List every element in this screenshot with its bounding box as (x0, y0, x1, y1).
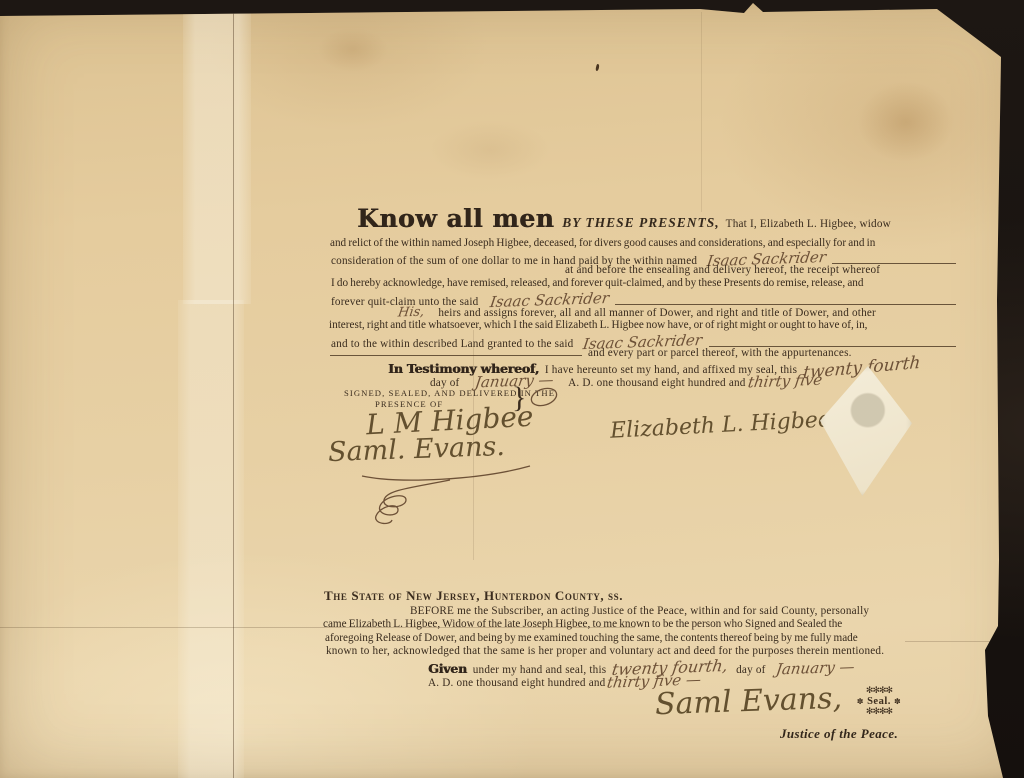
deed-line-5: I do hereby acknowledge, have remised, r… (331, 277, 864, 290)
ack-heading: The State of New Jersey, Hunterdon Count… (324, 589, 623, 602)
blank-rule (330, 355, 582, 356)
ack-line-1: BEFORE me the Subscriber, an acting Just… (410, 605, 869, 618)
fold-line-horizontal-right (905, 641, 1000, 642)
justice-title: Justice of the Peace. (780, 726, 898, 742)
fold-line-vertical-main (233, 12, 234, 778)
fleuron-row-icon: ✻✻✻✻ (836, 686, 922, 696)
ink-mark (595, 64, 600, 72)
ack-line-3: aforegoing Release of Dower, and being b… (325, 632, 858, 645)
deed-document: Know all men BY THESE PRESENTS, That I, … (0, 0, 1024, 778)
year-handwritten: thirty five (746, 371, 823, 392)
pen-flourish-oval (528, 386, 562, 410)
fleuron-row-icon: ✻✻✻✻ (836, 707, 922, 717)
paper-stain (858, 82, 954, 162)
given-month-handwritten: January — (774, 658, 855, 679)
deed-line-4: at and before the ensealing and delivery… (565, 264, 880, 277)
tape-strip-lower (178, 300, 244, 778)
photo-backdrop: Know all men BY THESE PRESENTS, That I, … (0, 0, 1024, 778)
paper-stain (430, 120, 550, 180)
tape-strip-upper (183, 12, 251, 304)
fleuron-icon: ✽ (894, 697, 901, 706)
justice-signature: Saml Evans, (654, 681, 842, 723)
presents-caps: BY THESE PRESENTS, (562, 215, 719, 231)
fleuron-icon: ✽ (857, 697, 864, 706)
deed-line-7: His, heirs and assigns forever, all and … (398, 305, 876, 320)
wafer-seal (820, 366, 912, 496)
ack-line-2: came Elizabeth L. Higbee, Widow of the l… (323, 618, 842, 631)
fold-line-vertical-right (701, 12, 702, 212)
opening-text: That I, Elizabeth L. Higbee, widow (726, 218, 891, 231)
ack-line-4: known to her, acknowledged that the same… (326, 645, 884, 658)
paper-stain (318, 28, 388, 72)
deed-line-8: interest, right and title whatsoever, wh… (329, 319, 867, 332)
blackletter-heading: Know all men (357, 206, 554, 231)
deed-opening-line: Know all men BY THESE PRESENTS, That I, … (357, 206, 891, 231)
seal-label: Seal. (867, 696, 891, 707)
signature-flourish (340, 458, 540, 528)
principal-signature: Elizabeth L. Higbee (609, 407, 831, 444)
seal-ornament: ✻✻✻✻ ✽ Seal. ✽ ✻✻✻✻ (836, 686, 922, 717)
